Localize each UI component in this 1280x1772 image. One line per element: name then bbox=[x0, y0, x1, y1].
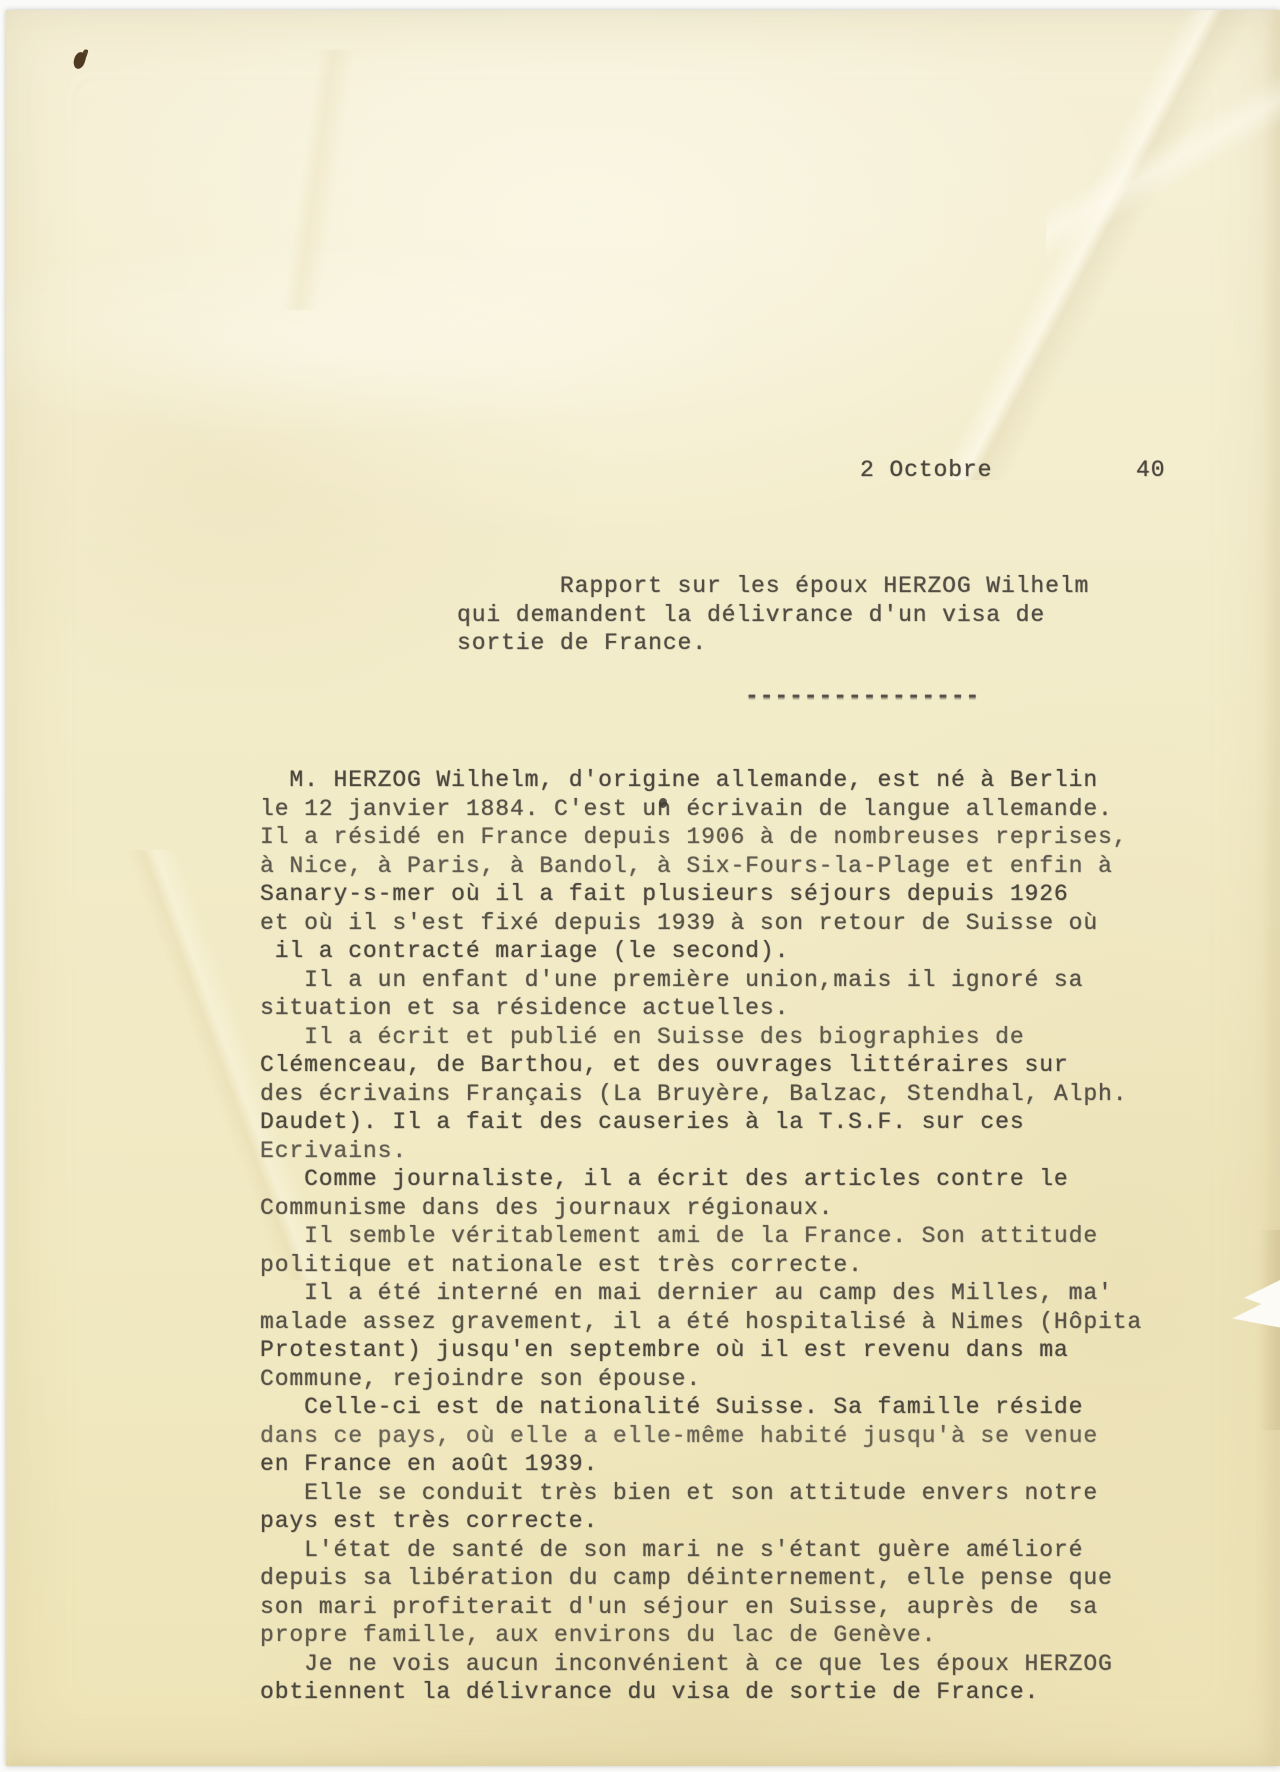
paper-crease bbox=[6, 240, 766, 440]
body-line: dans ce pays, où elle a elle-même habité… bbox=[260, 1422, 1142, 1451]
subject-block: Rapport sur les époux HERZOG Wilhelmqui … bbox=[457, 572, 1089, 658]
body-line: il a contracté mariage (le second). bbox=[260, 937, 1142, 966]
document-date: 2 Octobre bbox=[860, 456, 992, 485]
separator-line: ---------------- bbox=[745, 682, 980, 711]
paper-crease bbox=[1046, 10, 1280, 320]
body-line: Comme journaliste, il a écrit des articl… bbox=[260, 1165, 1142, 1194]
body-line: pays est très correcte. bbox=[260, 1507, 1142, 1536]
body-line: Communisme dans des journaux régionaux. bbox=[260, 1194, 1142, 1223]
body-line: Elle se conduit très bien et son attitud… bbox=[260, 1479, 1142, 1508]
body-line: Clémenceau, de Barthou, et des ouvrages … bbox=[260, 1051, 1142, 1080]
body-line: des écrivains Français (La Bruyère, Balz… bbox=[260, 1080, 1142, 1109]
subject-line: qui demandent la délivrance d'un visa de bbox=[457, 601, 1089, 630]
paper-edge-shading bbox=[1258, 1230, 1280, 1430]
body-line: obtiennent la délivrance du visa de sort… bbox=[260, 1678, 1142, 1707]
body-line: Protestant) jusqu'en septembre où il est… bbox=[260, 1336, 1142, 1365]
paper-crease bbox=[886, 10, 1280, 480]
body-line: Je ne vois aucun inconvénient à ce que l… bbox=[260, 1650, 1142, 1679]
subject-line: Rapport sur les époux HERZOG Wilhelm bbox=[457, 572, 1089, 601]
body-line: Il a un enfant d'une première union,mais… bbox=[260, 966, 1142, 995]
body-line: L'état de santé de son mari ne s'étant g… bbox=[260, 1536, 1142, 1565]
body-line: Daudet). Il a fait des causeries à la T.… bbox=[260, 1108, 1142, 1137]
body-line: son mari profiterait d'un séjour en Suis… bbox=[260, 1593, 1142, 1622]
body-line: Celle-ci est de nationalité Suisse. Sa f… bbox=[260, 1393, 1142, 1422]
body-line: politique et nationale est très correcte… bbox=[260, 1251, 1142, 1280]
body-line: Il a été interné en mai dernier au camp … bbox=[260, 1279, 1142, 1308]
body-line: Sanary-s-mer où il a fait plusieurs séjo… bbox=[260, 880, 1142, 909]
body-line: le 12 janvier 1884. C'est un écrivain de… bbox=[260, 795, 1142, 824]
body-line: Il semble véritablement ami de la France… bbox=[260, 1222, 1142, 1251]
body-line: Il a résidé en France depuis 1906 à de n… bbox=[260, 823, 1142, 852]
body-line: Ecrivains. bbox=[260, 1137, 1142, 1166]
body-line: M. HERZOG Wilhelm, d'origine allemande, … bbox=[260, 766, 1142, 795]
body-line: à Nice, à Paris, à Bandol, à Six-Fours-l… bbox=[260, 852, 1142, 881]
subject-line: sortie de France. bbox=[457, 629, 1089, 658]
scanned-document-page: 2 Octobre 40 Rapport sur les époux HERZO… bbox=[0, 0, 1280, 1772]
body-line: en France en août 1939. bbox=[260, 1450, 1142, 1479]
page-number: 40 bbox=[1136, 456, 1165, 485]
body-line: depuis sa libération du camp déinterneme… bbox=[260, 1564, 1142, 1593]
body-line: Commune, rejoindre son épouse. bbox=[260, 1365, 1142, 1394]
body-line: propre famille, aux environs du lac de G… bbox=[260, 1621, 1142, 1650]
body-line: malade assez gravement, il a été hospita… bbox=[260, 1308, 1142, 1337]
body-line: situation et sa résidence actuelles. bbox=[260, 994, 1142, 1023]
body-block: M. HERZOG Wilhelm, d'origine allemande, … bbox=[260, 766, 1142, 1707]
paper-crease bbox=[66, 50, 566, 310]
body-line: et où il s'est fixé depuis 1939 à son re… bbox=[260, 909, 1142, 938]
body-line: Il a écrit et publié en Suisse des biogr… bbox=[260, 1023, 1142, 1052]
